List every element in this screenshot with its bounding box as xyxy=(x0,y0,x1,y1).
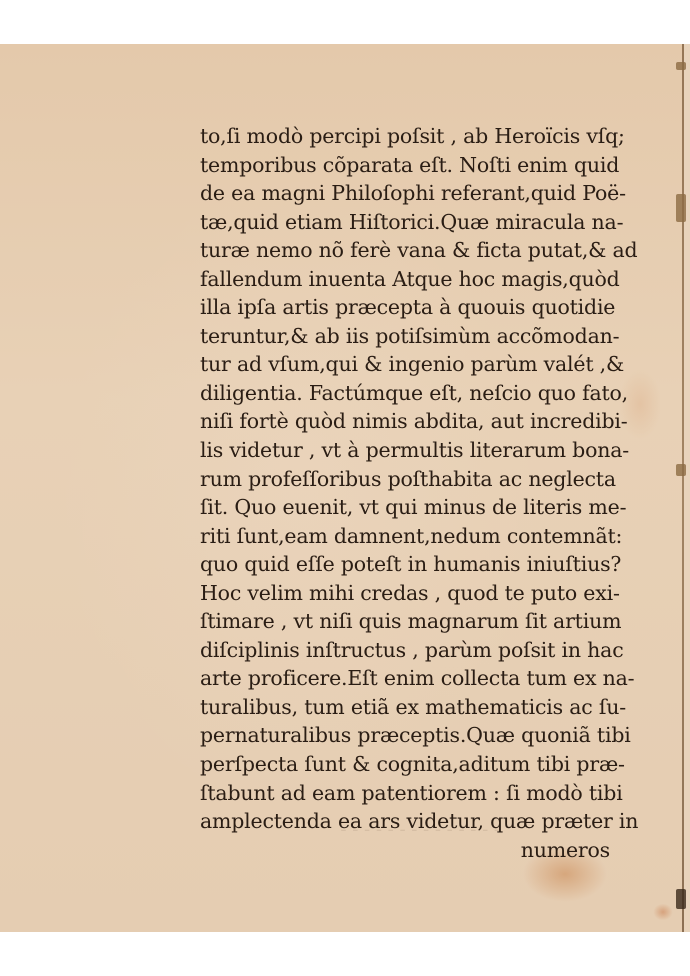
text-line: fallendum inuenta Atque hoc magis,quòd xyxy=(200,265,614,294)
text-line: diligentia. Factúmque eſt, neſcio quo fa… xyxy=(200,379,614,408)
text-line: amplectenda ea ars videtur, quæ præter i… xyxy=(200,807,614,836)
text-line: lis videtur , vt à permultis literarum b… xyxy=(200,436,614,465)
catchword: numeros xyxy=(200,836,614,865)
book-page: - - - - - - - - - - - - - - to,ſi modò p… xyxy=(0,44,690,932)
text-line: quo quid eſſe poteſt in humanis iniuſtiu… xyxy=(200,550,614,579)
binding-tab xyxy=(676,194,686,222)
text-line: pernaturalibus præceptis.Quæ quoniã tibi xyxy=(200,721,614,750)
text-line: diſciplinis inſtructus , parùm poſsit in… xyxy=(200,636,614,665)
text-line: ſtabunt ad eam patentiorem : ſi modò tib… xyxy=(200,779,614,808)
text-line: temporibus cõparata eſt. Noſti enim quid xyxy=(200,151,614,180)
text-line: niſi fortè quòd nimis abdita, aut incred… xyxy=(200,407,614,436)
text-line: turalibus, tum etiã ex mathematicis ac ſ… xyxy=(200,693,614,722)
text-line: tur ad vſum,qui & ingenio parùm valét ,& xyxy=(200,350,614,379)
text-line: to,ſi modò percipi poſsit , ab Heroïcis … xyxy=(200,122,614,151)
text-line: ſtimare , vt niſi quis magnarum ſit arti… xyxy=(200,607,614,636)
binding-mark xyxy=(676,889,686,909)
text-line: ſit. Quo euenit, vt qui minus de literis… xyxy=(200,493,614,522)
binding-mark xyxy=(676,62,686,70)
body-text: to,ſi modò percipi poſsit , ab Heroïcis … xyxy=(200,122,614,864)
binding-mark xyxy=(676,464,686,476)
binding-spine xyxy=(682,44,684,932)
text-line: teruntur,& ab iis potiſsimùm accõmodan- xyxy=(200,322,614,351)
text-line: illa ipſa artis præcepta à quouis quotid… xyxy=(200,293,614,322)
text-line: arte proficere.Eſt enim collecta tum ex … xyxy=(200,664,614,693)
text-line: turæ nemo nõ ferè vana & ficta putat,& a… xyxy=(200,236,614,265)
text-line: rum profeſſoribus poſthabita ac neglecta xyxy=(200,465,614,494)
text-line: de ea magni Philoſophi referant,quid Poë… xyxy=(200,179,614,208)
page-edge xyxy=(684,44,690,932)
text-line: riti ſunt,eam damnent,nedum contemnãt: xyxy=(200,522,614,551)
text-line: Hoc velim mihi credas , quod te puto exi… xyxy=(200,579,614,608)
text-line: tæ,quid etiam Hiſtorici.Quæ miracula na- xyxy=(200,208,614,237)
text-line: perſpecta ſunt & cognita,aditum tibi præ… xyxy=(200,750,614,779)
